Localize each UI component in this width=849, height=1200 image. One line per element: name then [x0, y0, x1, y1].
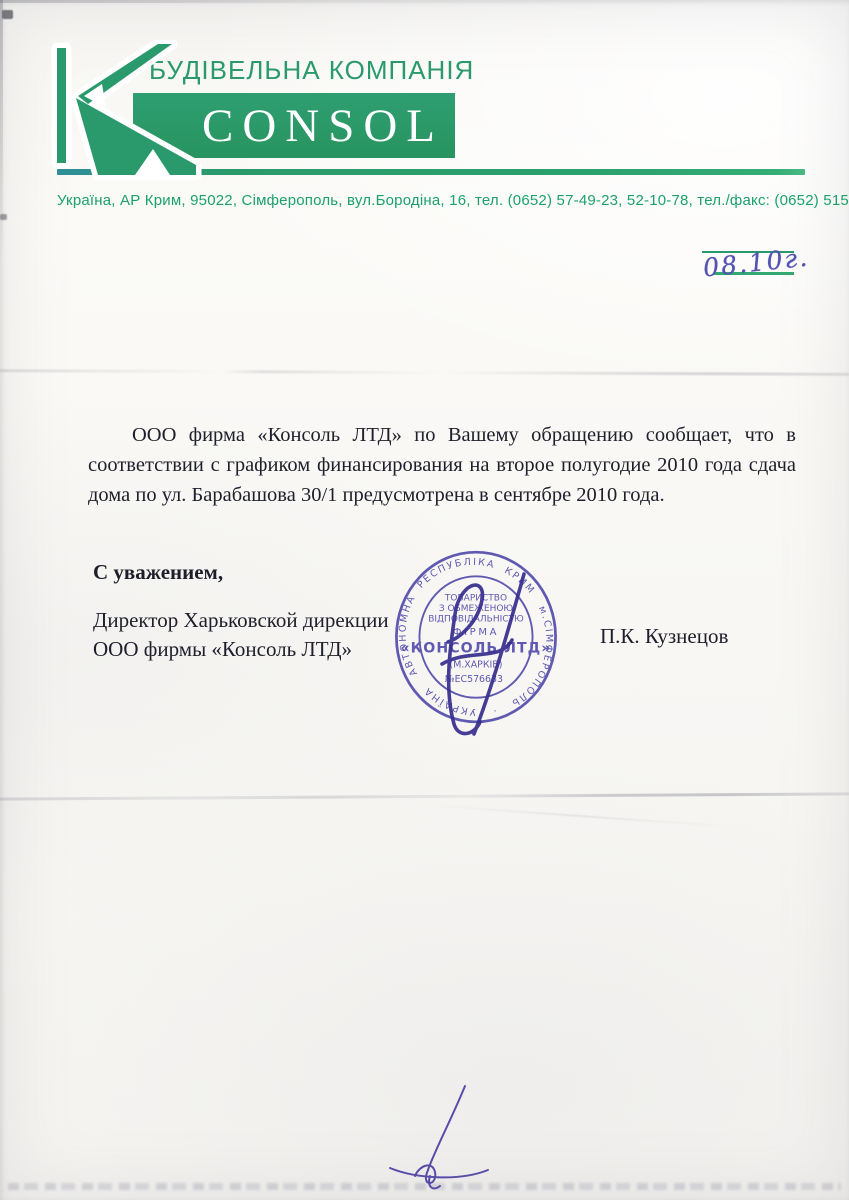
- scan-speck: [2, 10, 13, 19]
- salutation: С уважением,: [93, 560, 223, 585]
- handwritten-date: 08.10г.: [702, 243, 811, 283]
- fold-crease-minor: [430, 805, 729, 828]
- signer-name: П.К. Кузнецов: [600, 624, 728, 649]
- handwritten-mark-bottom: [370, 1080, 510, 1195]
- letterhead-contact-line: Україна, АР Крим, 95022, Сімферополь, ву…: [57, 192, 817, 209]
- signer-title-line2: ООО фирмы «Консоль ЛТД»: [93, 635, 389, 664]
- scan-edge-shadow-top: [0, 0, 849, 3]
- scanned-letter-page: CONSOL БУДІВЕЛЬНА КОМПАНІЯ Україна, АР К…: [0, 0, 849, 1200]
- fold-crease-lower: [0, 792, 849, 800]
- signer-title-line1: Директор Харьковской дирекции: [93, 606, 389, 635]
- fold-crease-upper: [0, 369, 849, 376]
- letter-paragraph: ООО фирма «Консоль ЛТД» по Вашему обраще…: [88, 420, 796, 510]
- company-logo-k-icon: [50, 40, 210, 185]
- scan-edge-shadow-left: [0, 0, 3, 260]
- handwritten-signature: [398, 546, 568, 741]
- signer-title: Директор Харьковской дирекции ООО фирмы …: [93, 606, 389, 664]
